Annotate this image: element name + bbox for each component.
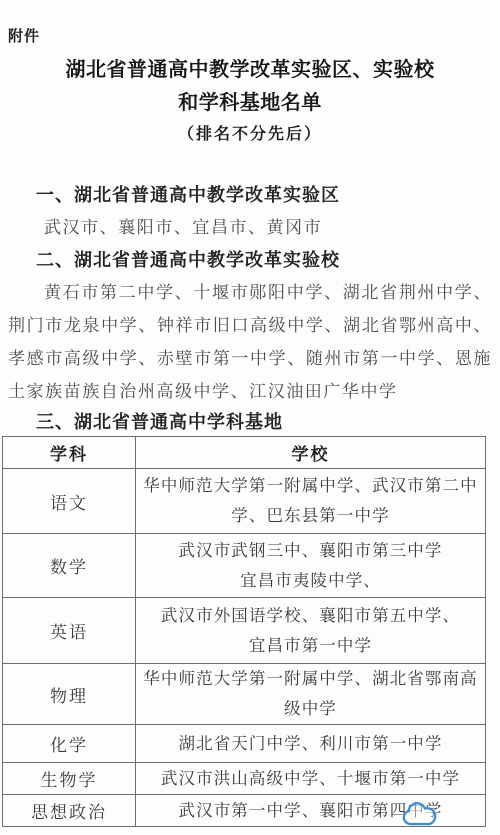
school-line: 学、巴东县第一中学 [136,501,485,531]
title-line-1: 湖北省普通高中教学改革实验区、实验校 [0,54,500,87]
school-line: 武汉市武钢三中、襄阳市第三中学 [136,536,485,566]
school-line: 级中学 [136,694,485,724]
school-cell: 武汉市外国语学校、襄阳市第五中学、 宜昌市第一中学 [136,598,486,664]
table-row-chinese: 语文 华中师范大学第一附属中学、武汉市第二中 学、巴东县第一中学 [3,469,486,534]
school-line: 华中师范大学第一附属中学、武汉市第二中 [136,471,485,501]
subject-cell: 物理 [3,664,136,725]
school-cell: 湖北省天门中学、利川市第一中学 [136,725,486,763]
section-3-heading: 三、湖北省普通高中学科基地 [0,408,500,436]
document-title: 湖北省普通高中教学改革实验区、实验校 和学科基地名单 [0,54,500,120]
table-header-row: 学科 学校 [3,437,486,469]
school-line: 宜昌市夷陵中学、 [136,566,485,596]
cloud-path [404,803,435,824]
table-row-math: 数学 武汉市武钢三中、襄阳市第三中学 宜昌市夷陵中学、 [3,534,486,598]
subject-base-table: 学科 学校 语文 华中师范大学第一附属中学、武汉市第二中 学、巴东县第一中学 数… [2,436,486,827]
subject-cell: 生物学 [3,763,136,795]
table-row-english: 英语 武汉市外国语学校、襄阳市第五中学、 宜昌市第一中学 [3,598,486,664]
ranking-note: （排名不分先后） [0,122,500,147]
subject-cell: 英语 [3,598,136,664]
section-1-heading: 一、湖北省普通高中教学改革实验区 [0,179,500,211]
section-2-body: 黄石市第二中学、十堰市郧阳中学、湖北省荆州中学、荆门市龙泉中学、钟祥市旧口高级中… [0,276,500,408]
section-1-body: 武汉市、襄阳市、宜昌市、黄冈市 [0,211,500,244]
section-2-heading: 二、湖北省普通高中教学改革实验校 [0,244,500,276]
school-line: 武汉市洪山高级中学、十堰市第一中学 [136,764,485,794]
subject-cell: 数学 [3,534,136,598]
document-page: 附件 湖北省普通高中教学改革实验区、实验校 和学科基地名单 （排名不分先后） 一… [0,0,500,835]
table-row-chemistry: 化学 湖北省天门中学、利川市第一中学 [3,725,486,763]
column-header-school: 学校 [136,437,486,469]
subject-cell: 思想政治 [3,795,136,827]
school-cell: 华中师范大学第一附属中学、湖北省鄂南高 级中学 [136,664,486,725]
column-header-subject: 学科 [3,437,136,469]
school-line: 华中师范大学第一附属中学、湖北省鄂南高 [136,664,485,694]
attachment-label: 附件 [8,26,500,48]
school-cell: 武汉市武钢三中、襄阳市第三中学 宜昌市夷陵中学、 [136,534,486,598]
title-line-2: 和学科基地名单 [0,87,500,120]
school-line: 宜昌市第一中学 [136,631,485,661]
school-cell: 武汉市洪山高级中学、十堰市第一中学 [136,763,486,795]
school-line: 武汉市外国语学校、襄阳市第五中学、 [136,601,485,631]
school-cell: 华中师范大学第一附属中学、武汉市第二中 学、巴东县第一中学 [136,469,486,534]
cloud-watermark-icon [400,802,438,829]
subject-cell: 语文 [3,469,136,534]
table-row-physics: 物理 华中师范大学第一附属中学、湖北省鄂南高 级中学 [3,664,486,725]
school-line: 湖北省天门中学、利川市第一中学 [136,729,485,759]
subject-cell: 化学 [3,725,136,763]
table-row-biology: 生物学 武汉市洪山高级中学、十堰市第一中学 [3,763,486,795]
